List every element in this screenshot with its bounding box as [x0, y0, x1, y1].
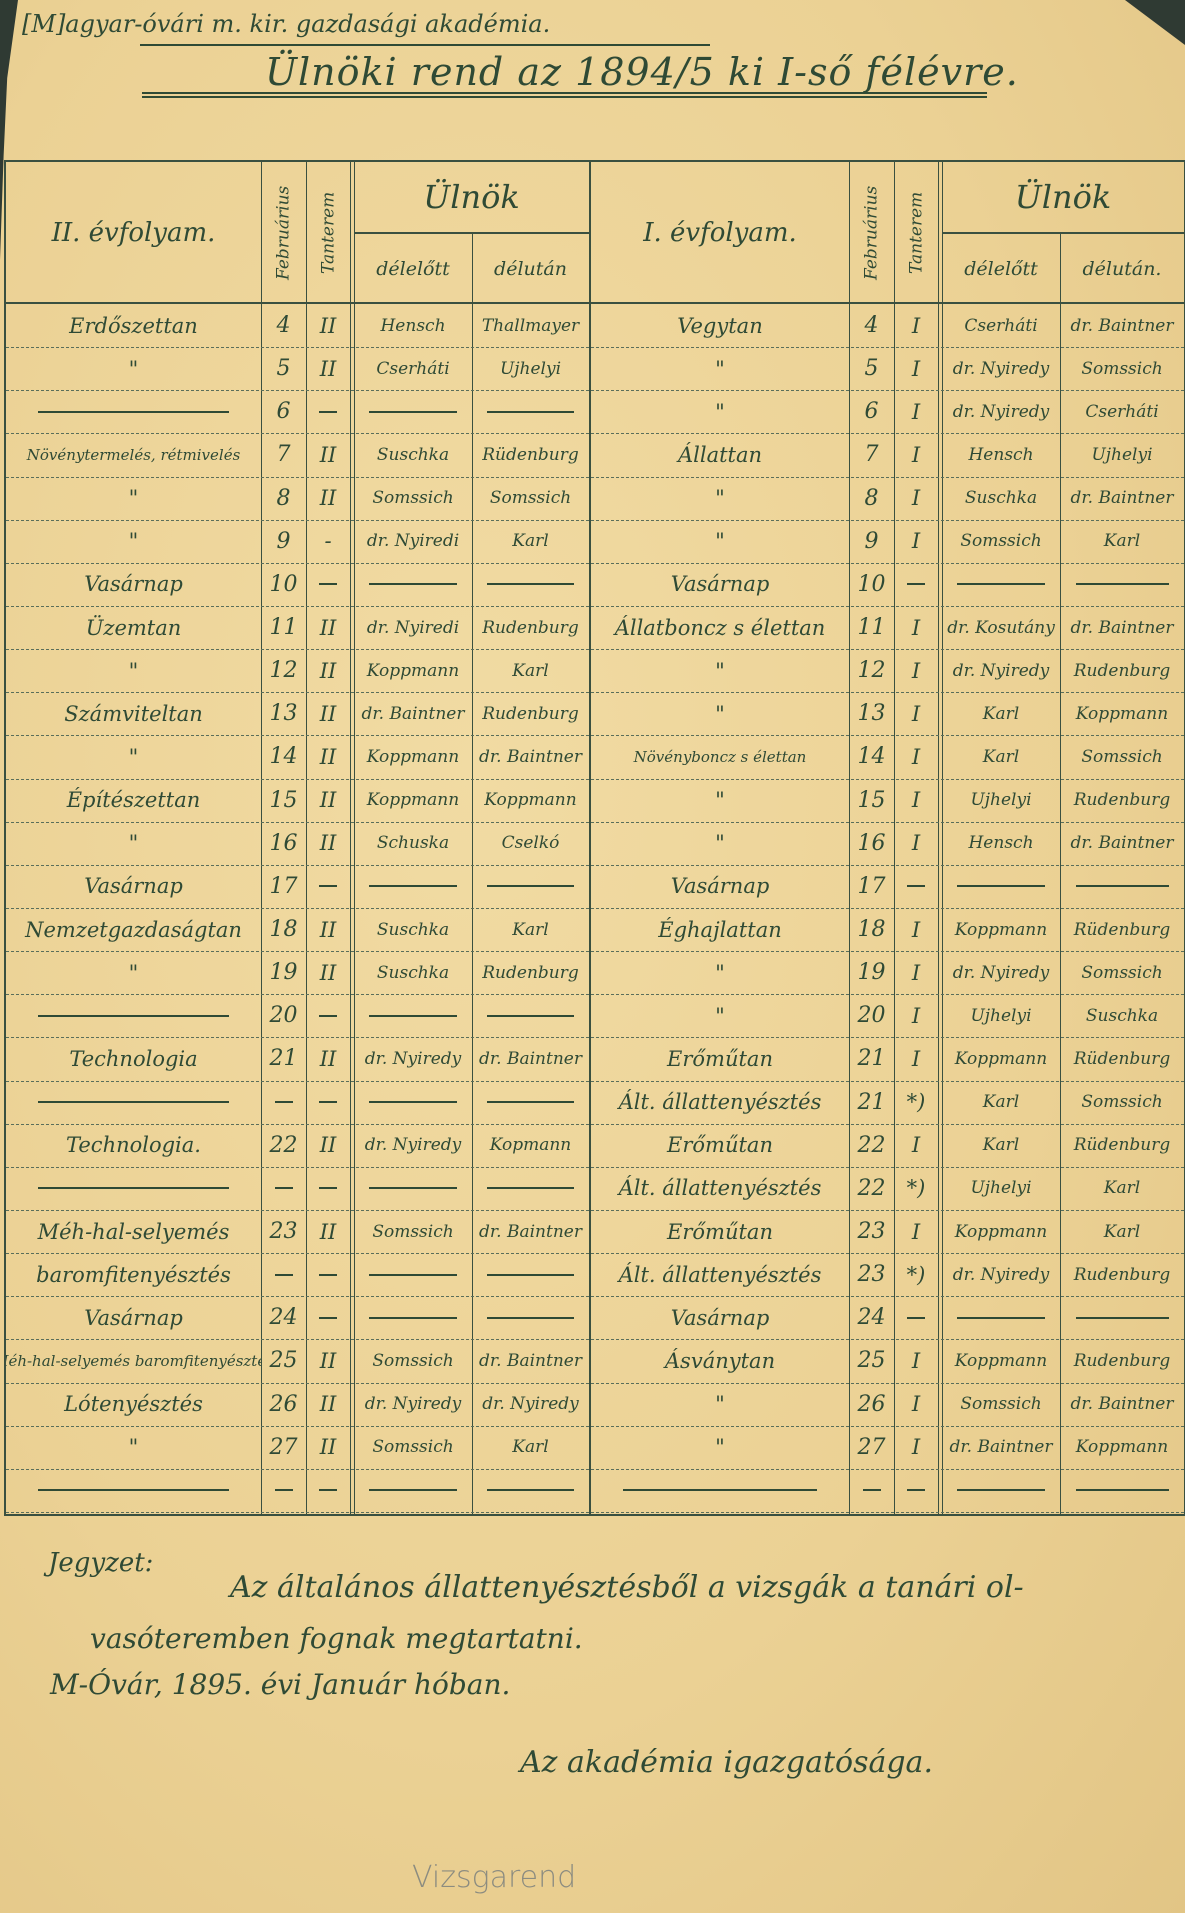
subject-cell: Vasárnap: [591, 563, 849, 606]
table-row: "27IISomssichKarl: [6, 1426, 589, 1470]
subject-cell: Erőműtan: [591, 1124, 849, 1167]
day-cell: 11: [261, 606, 306, 649]
table-row: "9-dr. NyirediKarl: [6, 520, 589, 564]
table-row: Vasárnap24: [591, 1296, 1184, 1340]
morning-assessor-cell: Koppmann: [354, 649, 472, 692]
afternoon-assessor-cell: Ujhelyi: [472, 347, 589, 390]
subject-cell: ": [591, 347, 849, 390]
morning-assessor-cell: Suschka: [942, 477, 1060, 520]
afternoon-assessor-cell: [472, 563, 589, 606]
day-cell: 24: [849, 1296, 894, 1339]
afternoon-assessor-cell: Karl: [472, 520, 589, 563]
day-cell: 20: [849, 994, 894, 1037]
subject-cell: Növénytermelés, rétmivelés: [6, 433, 261, 476]
table-row: "5IICserhátiUjhelyi: [6, 347, 589, 391]
subject-cell: ": [591, 477, 849, 520]
room-cell: II: [306, 1037, 350, 1080]
table-row: Nemzetgazdaságtan18IISuschkaKarl: [6, 908, 589, 952]
room-cell: I: [894, 735, 938, 778]
morning-assessor-cell: [354, 865, 472, 908]
room-cell: [894, 563, 938, 606]
dash-placeholder: [487, 1489, 575, 1491]
day-cell: 17: [849, 865, 894, 908]
afternoon-assessor-cell: Somssich: [1060, 1081, 1184, 1124]
afternoon-assessor-cell: Koppmann: [1060, 1426, 1184, 1469]
room-cell: I: [894, 304, 938, 347]
dash-placeholder: [863, 1489, 881, 1491]
morning-assessor-cell: Somssich: [354, 1426, 472, 1469]
table-row: Ált. állattenyésztés23*)dr. NyiredyRuden…: [591, 1253, 1184, 1297]
room-cell: [894, 1296, 938, 1339]
morning-assessor-cell: Karl: [942, 735, 1060, 778]
day-cell: 18: [261, 908, 306, 951]
morning-assessor-cell: [942, 1469, 1060, 1512]
afternoon-assessor-cell: [1060, 563, 1184, 606]
note-text-line2: vasóteremben fognak megtartatni.: [90, 1622, 583, 1655]
subject-cell: ": [6, 951, 261, 994]
day-cell: 26: [261, 1383, 306, 1426]
table-row: Növényboncz s élettan14IKarlSomssich: [591, 735, 1184, 779]
morning-assessor-cell: Hensch: [942, 433, 1060, 476]
dash-placeholder: [487, 583, 575, 585]
table-row: Ásványtan25IKoppmannRudenburg: [591, 1339, 1184, 1383]
dash-placeholder: [369, 1187, 458, 1189]
subject-cell: Állattan: [591, 433, 849, 476]
morning-assessor-cell: dr. Baintner: [354, 692, 472, 735]
morning-assessor-cell: Suschka: [354, 951, 472, 994]
room-cell: I: [894, 692, 938, 735]
room-cell: [306, 1296, 350, 1339]
day-cell: [261, 1469, 306, 1512]
morning-assessor-cell: [354, 1469, 472, 1512]
room-cell: *): [894, 1253, 938, 1296]
note-text-line1: Az általános állattenyésztésből a vizsgá…: [230, 1570, 1024, 1605]
room-cell: I: [894, 951, 938, 994]
day-cell: 5: [261, 347, 306, 390]
morning-assessor-cell: Ujhelyi: [942, 779, 1060, 822]
day-cell: 15: [849, 779, 894, 822]
day-cell: 8: [261, 477, 306, 520]
morning-assessor-cell: Hensch: [354, 304, 472, 347]
table-row: "9ISomssichKarl: [591, 520, 1184, 564]
morning-assessor-cell: Karl: [942, 692, 1060, 735]
morning-assessor-cell: dr. Nyiredy: [942, 390, 1060, 433]
title-underline: [142, 92, 987, 94]
morning-assessor-cell: Cserháti: [354, 347, 472, 390]
table-row: "5Idr. NyiredySomssich: [591, 347, 1184, 391]
table-row: "20IUjhelyiSuschka: [591, 994, 1184, 1038]
morning-assessor-cell: Schuska: [354, 822, 472, 865]
subject-cell: ": [6, 649, 261, 692]
afternoon-assessor-cell: Cselkó: [472, 822, 589, 865]
morning-assessor-cell: Hensch: [942, 822, 1060, 865]
room-cell: I: [894, 433, 938, 476]
table-row: Növénytermelés, rétmivelés7IISuschkaRüde…: [6, 433, 589, 477]
dash-placeholder: [907, 583, 925, 585]
dash-placeholder: [38, 1187, 229, 1189]
room-cell: II: [306, 735, 350, 778]
room-cell: *): [894, 1081, 938, 1124]
day-cell: [849, 1469, 894, 1512]
morning-assessor-cell: Koppmann: [942, 1037, 1060, 1080]
dash-placeholder: [623, 1489, 817, 1491]
morning-assessor-cell: [354, 1167, 472, 1210]
afternoon-assessor-cell: dr. Baintner: [1060, 822, 1184, 865]
subject-cell: [6, 390, 261, 433]
day-cell: 25: [261, 1339, 306, 1382]
schedule-table: II. évfolyam. Februárius Tanterem Ülnök …: [4, 160, 1185, 1516]
dash-placeholder: [369, 411, 458, 413]
afternoon-assessor-cell: [472, 390, 589, 433]
header-day: Februárius: [261, 162, 306, 304]
morning-assessor-cell: Koppmann: [354, 735, 472, 778]
day-cell: 22: [261, 1124, 306, 1167]
room-cell: II: [306, 1210, 350, 1253]
table-row: "26ISomssichdr. Baintner: [591, 1383, 1184, 1427]
morning-assessor-cell: dr. Baintner: [942, 1426, 1060, 1469]
room-cell: [306, 1081, 350, 1124]
institution-underline: [140, 44, 710, 46]
dash-placeholder: [275, 1489, 293, 1491]
day-cell: [261, 1167, 306, 1210]
room-cell: II: [306, 692, 350, 735]
subject-cell: ": [591, 994, 849, 1037]
afternoon-assessor-cell: [472, 1081, 589, 1124]
day-cell: 4: [261, 304, 306, 347]
day-cell: 23: [261, 1210, 306, 1253]
subject-cell: ": [6, 1426, 261, 1469]
table-half-first-year: I. évfolyam. Februárius Tanterem Ülnök d…: [591, 162, 1184, 1514]
day-cell: 19: [261, 951, 306, 994]
morning-assessor-cell: Cserháti: [942, 304, 1060, 347]
dash-placeholder: [487, 1015, 575, 1017]
header-ulnok: Ülnök: [942, 162, 1184, 234]
morning-assessor-cell: Ujhelyi: [942, 1167, 1060, 1210]
subject-cell: Növényboncz s élettan: [591, 735, 849, 778]
room-cell: II: [306, 1383, 350, 1426]
day-cell: [261, 1253, 306, 1296]
room-cell: II: [306, 304, 350, 347]
day-cell: 12: [261, 649, 306, 692]
header-morning: délelőtt: [942, 234, 1060, 304]
dash-placeholder: [369, 1317, 458, 1319]
room-cell: I: [894, 779, 938, 822]
subject-cell: Vasárnap: [6, 865, 261, 908]
dash-placeholder: [487, 1187, 575, 1189]
table-header: II. évfolyam. Februárius Tanterem Ülnök …: [6, 162, 589, 304]
table-row: Technologia21IIdr. Nyiredydr. Baintner: [6, 1037, 589, 1081]
subject-cell: Üzemtan: [6, 606, 261, 649]
room-cell: II: [306, 347, 350, 390]
dash-placeholder: [957, 1317, 1046, 1319]
afternoon-assessor-cell: Somssich: [1060, 347, 1184, 390]
day-cell: 9: [849, 520, 894, 563]
day-cell: 24: [261, 1296, 306, 1339]
table-row: Méh-hal-selyemés23IISomssichdr. Baintner: [6, 1210, 589, 1254]
subject-cell: ": [591, 779, 849, 822]
subject-cell: Ált. állattenyésztés: [591, 1081, 849, 1124]
subject-cell: Vasárnap: [591, 865, 849, 908]
dash-placeholder: [369, 1274, 458, 1276]
day-cell: 22: [849, 1167, 894, 1210]
dash-placeholder: [38, 1101, 229, 1103]
room-cell: I: [894, 1339, 938, 1382]
afternoon-assessor-cell: Rudenburg: [1060, 779, 1184, 822]
dash-placeholder: [275, 1187, 293, 1189]
afternoon-assessor-cell: dr. Baintner: [472, 735, 589, 778]
table-row: Vasárnap24: [6, 1296, 589, 1340]
afternoon-assessor-cell: dr. Baintner: [472, 1037, 589, 1080]
afternoon-assessor-cell: [472, 1296, 589, 1339]
dash-placeholder: [319, 1187, 337, 1189]
dash-placeholder: [907, 885, 925, 887]
afternoon-assessor-cell: [1060, 865, 1184, 908]
subject-cell: ": [591, 1426, 849, 1469]
day-cell: 16: [261, 822, 306, 865]
afternoon-assessor-cell: Rüdenburg: [1060, 1037, 1184, 1080]
day-cell: 20: [261, 994, 306, 1037]
dash-placeholder: [319, 583, 337, 585]
morning-assessor-cell: Koppmann: [354, 779, 472, 822]
table-row: [6, 1081, 589, 1125]
afternoon-assessor-cell: dr. Baintner: [1060, 477, 1184, 520]
day-cell: 15: [261, 779, 306, 822]
day-cell: 16: [849, 822, 894, 865]
day-cell: 14: [849, 735, 894, 778]
dash-placeholder: [369, 1015, 458, 1017]
subject-cell: ": [6, 822, 261, 865]
morning-assessor-cell: [354, 1253, 472, 1296]
room-cell: I: [894, 1426, 938, 1469]
room-cell: I: [894, 477, 938, 520]
afternoon-assessor-cell: [472, 1469, 589, 1512]
table-row: Technologia.22IIdr. NyiredyKopmann: [6, 1124, 589, 1168]
table-row: Lótenyésztés26IIdr. Nyiredydr. Nyiredy: [6, 1383, 589, 1427]
table-row: Állatboncz s élettan11Idr. Kosutánydr. B…: [591, 606, 1184, 650]
afternoon-assessor-cell: Kopmann: [472, 1124, 589, 1167]
table-row: Üzemtan11IIdr. NyirediRudenburg: [6, 606, 589, 650]
dash-placeholder: [38, 1489, 229, 1491]
dash-placeholder: [369, 1101, 458, 1103]
room-cell: II: [306, 1426, 350, 1469]
morning-assessor-cell: dr. Nyiredi: [354, 520, 472, 563]
table-row: [591, 1469, 1184, 1513]
subject-cell: ": [6, 735, 261, 778]
table-row: Állattan7IHenschUjhelyi: [591, 433, 1184, 477]
morning-assessor-cell: Karl: [942, 1124, 1060, 1167]
afternoon-assessor-cell: Thallmayer: [472, 304, 589, 347]
room-cell: II: [306, 951, 350, 994]
table-row: "27Idr. BaintnerKoppmann: [591, 1426, 1184, 1470]
morning-assessor-cell: dr. Kosutány: [942, 606, 1060, 649]
table-row: "8ISuschkadr. Baintner: [591, 477, 1184, 521]
morning-assessor-cell: dr. Nyiredy: [942, 1253, 1060, 1296]
dash-placeholder: [487, 885, 575, 887]
morning-assessor-cell: dr. Nyiredy: [942, 649, 1060, 692]
afternoon-assessor-cell: [472, 994, 589, 1037]
room-cell: [894, 865, 938, 908]
table-row: Építészettan15IIKoppmannKoppmann: [6, 779, 589, 823]
room-cell: I: [894, 1210, 938, 1253]
afternoon-assessor-cell: dr. Baintner: [472, 1210, 589, 1253]
day-cell: 27: [849, 1426, 894, 1469]
subject-cell: Vasárnap: [6, 1296, 261, 1339]
title-underline-2: [142, 96, 987, 98]
table-row: Vasárnap17: [591, 865, 1184, 909]
room-cell: [306, 1253, 350, 1296]
header-room: Tanterem: [894, 162, 939, 304]
afternoon-assessor-cell: Somssich: [1060, 951, 1184, 994]
dash-placeholder: [319, 1274, 337, 1276]
day-cell: 8: [849, 477, 894, 520]
table-row: Számviteltan13IIdr. BaintnerRudenburg: [6, 692, 589, 736]
day-cell: 27: [261, 1426, 306, 1469]
day-cell: 19: [849, 951, 894, 994]
dash-placeholder: [38, 411, 229, 413]
room-cell: [306, 390, 350, 433]
table-row: Vasárnap17: [6, 865, 589, 909]
dash-placeholder: [487, 1274, 575, 1276]
dash-placeholder: [319, 1489, 337, 1491]
subject-cell: Erdőszettan: [6, 304, 261, 347]
table-row: "16IISchuskaCselkó: [6, 822, 589, 866]
header-day: Februárius: [849, 162, 894, 304]
subject-cell: [6, 994, 261, 1037]
afternoon-assessor-cell: Karl: [1060, 520, 1184, 563]
dash-placeholder: [1076, 583, 1169, 585]
room-cell: [306, 1167, 350, 1210]
room-cell: II: [306, 1339, 350, 1382]
day-cell: 7: [849, 433, 894, 476]
dash-placeholder: [319, 1101, 337, 1103]
table-header: I. évfolyam. Februárius Tanterem Ülnök d…: [591, 162, 1184, 304]
room-cell: I: [894, 649, 938, 692]
subject-cell: Ásványtan: [591, 1339, 849, 1382]
room-cell: [306, 865, 350, 908]
subject-cell: ": [591, 1383, 849, 1426]
afternoon-assessor-cell: dr. Baintner: [472, 1339, 589, 1382]
afternoon-assessor-cell: Rudenburg: [472, 606, 589, 649]
room-cell: II: [306, 822, 350, 865]
afternoon-assessor-cell: Koppmann: [472, 779, 589, 822]
morning-assessor-cell: Suschka: [354, 908, 472, 951]
room-cell: II: [306, 1124, 350, 1167]
table-row: "19IISuschkaRudenburg: [6, 951, 589, 995]
table-row: [6, 1469, 589, 1513]
archive-label: Vizsgarend: [412, 1860, 576, 1895]
afternoon-assessor-cell: dr. Baintner: [1060, 606, 1184, 649]
dash-placeholder: [487, 1101, 575, 1103]
morning-assessor-cell: Somssich: [942, 520, 1060, 563]
afternoon-assessor-cell: dr. Baintner: [1060, 1383, 1184, 1426]
day-cell: 14: [261, 735, 306, 778]
day-cell: 23: [849, 1210, 894, 1253]
day-cell: 5: [849, 347, 894, 390]
dash-placeholder: [275, 1274, 293, 1276]
morning-assessor-cell: dr. Nyiredy: [354, 1124, 472, 1167]
subject-cell: Lótenyésztés: [6, 1383, 261, 1426]
header-afternoon: délután: [472, 234, 589, 304]
subject-cell: ": [6, 520, 261, 563]
room-cell: I: [894, 1383, 938, 1426]
signature: Az akadémia igazgatósága.: [520, 1745, 933, 1780]
day-cell: 26: [849, 1383, 894, 1426]
table-row: "14IIKoppmanndr. Baintner: [6, 735, 589, 779]
subject-cell: Méh-hal-selyemés: [6, 1210, 261, 1253]
afternoon-assessor-cell: Rüdenburg: [1060, 908, 1184, 951]
morning-assessor-cell: [942, 1296, 1060, 1339]
subject-cell: Technologia.: [6, 1124, 261, 1167]
day-cell: 21: [849, 1037, 894, 1080]
subject-cell: ": [591, 951, 849, 994]
room-cell: II: [306, 908, 350, 951]
day-cell: 21: [261, 1037, 306, 1080]
day-cell: 6: [849, 390, 894, 433]
dash-placeholder: [957, 583, 1046, 585]
dash-placeholder: [369, 583, 458, 585]
header-morning: délelőtt: [354, 234, 472, 304]
header-group-label: II. évfolyam.: [6, 162, 261, 304]
room-cell: I: [894, 994, 938, 1037]
day-cell: 6: [261, 390, 306, 433]
place-date: M-Óvár, 1895. évi Január hóban.: [50, 1668, 510, 1701]
room-cell: I: [894, 908, 938, 951]
table-row: "15IUjhelyiRudenburg: [591, 779, 1184, 823]
afternoon-assessor-cell: Somssich: [472, 477, 589, 520]
afternoon-assessor-cell: [1060, 1469, 1184, 1512]
subject-cell: Éghajlattan: [591, 908, 849, 951]
room-cell: -: [306, 520, 350, 563]
morning-assessor-cell: Koppmann: [942, 908, 1060, 951]
subject-cell: ": [591, 390, 849, 433]
subject-cell: Vasárnap: [591, 1296, 849, 1339]
table-row: Méh-hal-selyemés baromfitenyésztés25IISo…: [6, 1339, 589, 1383]
day-cell: 12: [849, 649, 894, 692]
afternoon-assessor-cell: Rudenburg: [1060, 1253, 1184, 1296]
afternoon-assessor-cell: [472, 1253, 589, 1296]
table-row: "8IISomssichSomssich: [6, 477, 589, 521]
table-row: "16IHenschdr. Baintner: [591, 822, 1184, 866]
day-cell: 17: [261, 865, 306, 908]
table-row: "6Idr. NyiredyCserháti: [591, 390, 1184, 434]
dash-placeholder: [275, 1101, 293, 1103]
afternoon-assessor-cell: Karl: [1060, 1167, 1184, 1210]
day-cell: 21: [849, 1081, 894, 1124]
afternoon-assessor-cell: Rudenburg: [472, 692, 589, 735]
morning-assessor-cell: Koppmann: [942, 1210, 1060, 1253]
day-cell: 22: [849, 1124, 894, 1167]
room-cell: II: [306, 779, 350, 822]
table-row: "19Idr. NyiredySomssich: [591, 951, 1184, 995]
subject-cell: ": [591, 822, 849, 865]
dash-placeholder: [487, 411, 575, 413]
afternoon-assessor-cell: Rudenburg: [1060, 649, 1184, 692]
morning-assessor-cell: dr. Nyiredy: [942, 951, 1060, 994]
afternoon-assessor-cell: Cserháti: [1060, 390, 1184, 433]
header-ulnok: Ülnök: [354, 162, 589, 234]
morning-assessor-cell: dr. Nyiredi: [354, 606, 472, 649]
afternoon-assessor-cell: dr. Baintner: [1060, 304, 1184, 347]
afternoon-assessor-cell: [472, 865, 589, 908]
table-row: Ált. állattenyésztés22*)UjhelyiKarl: [591, 1167, 1184, 1211]
morning-assessor-cell: Somssich: [942, 1383, 1060, 1426]
afternoon-assessor-cell: Karl: [472, 1426, 589, 1469]
subject-cell: Építészettan: [6, 779, 261, 822]
day-cell: 7: [261, 433, 306, 476]
dash-placeholder: [319, 1015, 337, 1017]
morning-assessor-cell: Somssich: [354, 1210, 472, 1253]
dash-placeholder: [487, 1317, 575, 1319]
